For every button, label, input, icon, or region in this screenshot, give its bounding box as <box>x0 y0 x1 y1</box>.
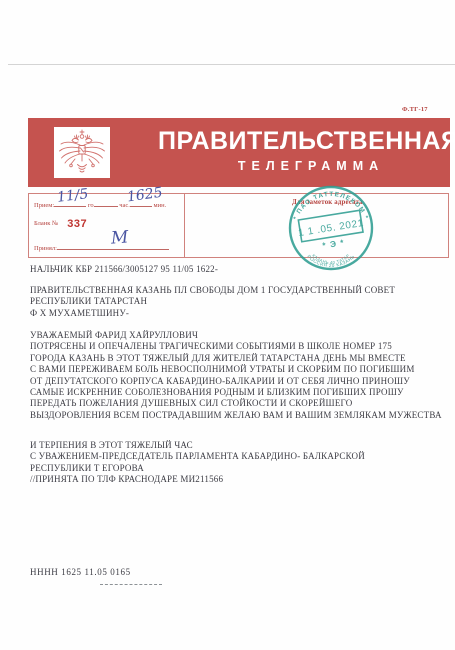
stamp-letter: * Э * <box>322 237 346 250</box>
form-divider <box>184 194 185 257</box>
message-body-block: УВАЖАЕМЫЙ ФАРИД ХАЙРУЛЛОВИЧПОТРЯСЕНЫ И О… <box>30 330 442 421</box>
go-blank-line <box>94 199 118 207</box>
stamp-date-group: 1 1 .05. 2021 * Э * <box>296 210 367 254</box>
min-label: мин. <box>154 202 167 209</box>
text-line: УВАЖАЕМЫЙ ФАРИД ХАЙРУЛЛОВИЧ <box>30 330 442 341</box>
reception-form-box: Прием: го час. мин. Бланк №337 Принял: 1… <box>28 193 449 258</box>
text-line: ГОРОДА КАЗАНЬ В ЭТОТ ТЯЖЕЛЫЙ ДЛЯ ЖИТЕЛЕЙ… <box>30 353 442 364</box>
blank-number: 337 <box>67 218 87 230</box>
text-line: //ПРИНЯТА ПО ТЛФ КРАСНОДАРЕ МИ211566 <box>30 474 442 485</box>
postal-stamp: * ПАО ТАТТЕЛЕКОМ * 1 1 .05. 2021 * Э * Р… <box>287 184 375 272</box>
priem-blank-line <box>54 199 86 207</box>
form-left-cell: Прием: го час. мин. Бланк №337 Принял: 1… <box>29 194 184 257</box>
form-code-label: Ф.ТГ-17 <box>402 106 428 113</box>
russian-coat-of-arms-icon <box>54 127 110 178</box>
address-block: ПРАВИТЕЛЬСТВЕННАЯ КАЗАНЬ ПЛ СВОБОДЫ ДОМ … <box>30 285 442 319</box>
stamp-org-arc: * ПАО ТАТТЕЛЕКОМ * <box>292 191 369 221</box>
text-line: ПОТРЯСЕНЫ И ОПЕЧАЛЕНЫ ТРАГИЧЕСКИМИ СОБЫТ… <box>30 341 442 352</box>
scan-artifact-line <box>8 64 455 65</box>
blank-label: Бланк № <box>34 220 58 227</box>
priem-label: Прием: <box>34 202 54 209</box>
banner-title: ПРАВИТЕЛЬСТВЕННАЯ <box>158 127 455 156</box>
text-line: С УВАЖЕНИЕМ-ПРЕДСЕДАТЕЛЬ ПАРЛАМЕНТА КАБА… <box>30 451 442 462</box>
routing-line: НАЛЬЧИК КБР 211566/3005127 95 11/05 1622… <box>30 264 442 275</box>
banner: ПРАВИТЕЛЬСТВЕННАЯ ТЕЛЕГРАММА <box>28 118 450 187</box>
prinyal-blank-line <box>57 242 169 250</box>
priem-row: Прием: го час. мин. <box>34 199 166 209</box>
blank-row: Бланк №337 <box>34 218 87 230</box>
chas-blank-line <box>130 199 152 207</box>
stamp-date: 1 1 .05. 2021 <box>298 218 365 239</box>
prinyal-row: Принял: <box>34 242 169 252</box>
text-line: С ВАМИ ПЕРЕЖИВАЕМ БОЛЬ НЕВОСПОЛНИМОЙ УТР… <box>30 364 442 375</box>
text-line: САМЫЕ ИСКРЕННИЕ СОБОЛЕЗНОВАНИЯ РОДНЫМ И … <box>30 387 442 398</box>
text-line: ОТ ДЕПУТАТСКОГО КОРПУСА КАБАРДИНО-БАЛКАР… <box>30 376 442 387</box>
text-line: ПРАВИТЕЛЬСТВЕННАЯ КАЗАНЬ ПЛ СВОБОДЫ ДОМ … <box>30 285 442 296</box>
svg-text:* ПАО ТАТТЕЛЕКОМ *: * ПАО ТАТТЕЛЕКОМ * <box>292 191 369 221</box>
closing-block: И ТЕРПЕНИЯ В ЭТОТ ТЯЖЕЛЫЙ ЧАСС УВАЖЕНИЕМ… <box>30 440 442 486</box>
coat-of-arms-box <box>54 127 110 178</box>
telegram-scan-page: { "meta": { "form_code": "Ф.ТГ-17" }, "b… <box>0 0 455 650</box>
text-line: РЕСПУБЛИКИ ТАТАРСТАН <box>30 296 442 307</box>
text-line: И ТЕРПЕНИЯ В ЭТОТ ТЯЖЕЛЫЙ ЧАС <box>30 440 442 451</box>
service-footer-line: НННН 1625 11.05 0165 <box>30 567 442 578</box>
chas-label: час. <box>119 202 130 209</box>
text-line: ВЫЗДОРОВЛЕНИЯ ВСЕМ ПОСТРАДАВШИМ ЖЕЛАЮ ВА… <box>30 410 442 421</box>
text-line: Ф Х МУХАМЕТШИНУ- <box>30 308 442 319</box>
footer-dashed-line <box>100 584 162 585</box>
prinyal-label: Принял: <box>34 245 57 252</box>
banner-subtitle: ТЕЛЕГРАММА <box>158 159 455 173</box>
text-line: РЕСПУБЛИКИ Т ЕГОРОВА <box>30 463 442 474</box>
text-line: ПЕРЕДАТЬ ПОЖЕЛАНИЯ ДУШЕВНЫХ СИЛ СТОЙКОСТ… <box>30 398 442 409</box>
